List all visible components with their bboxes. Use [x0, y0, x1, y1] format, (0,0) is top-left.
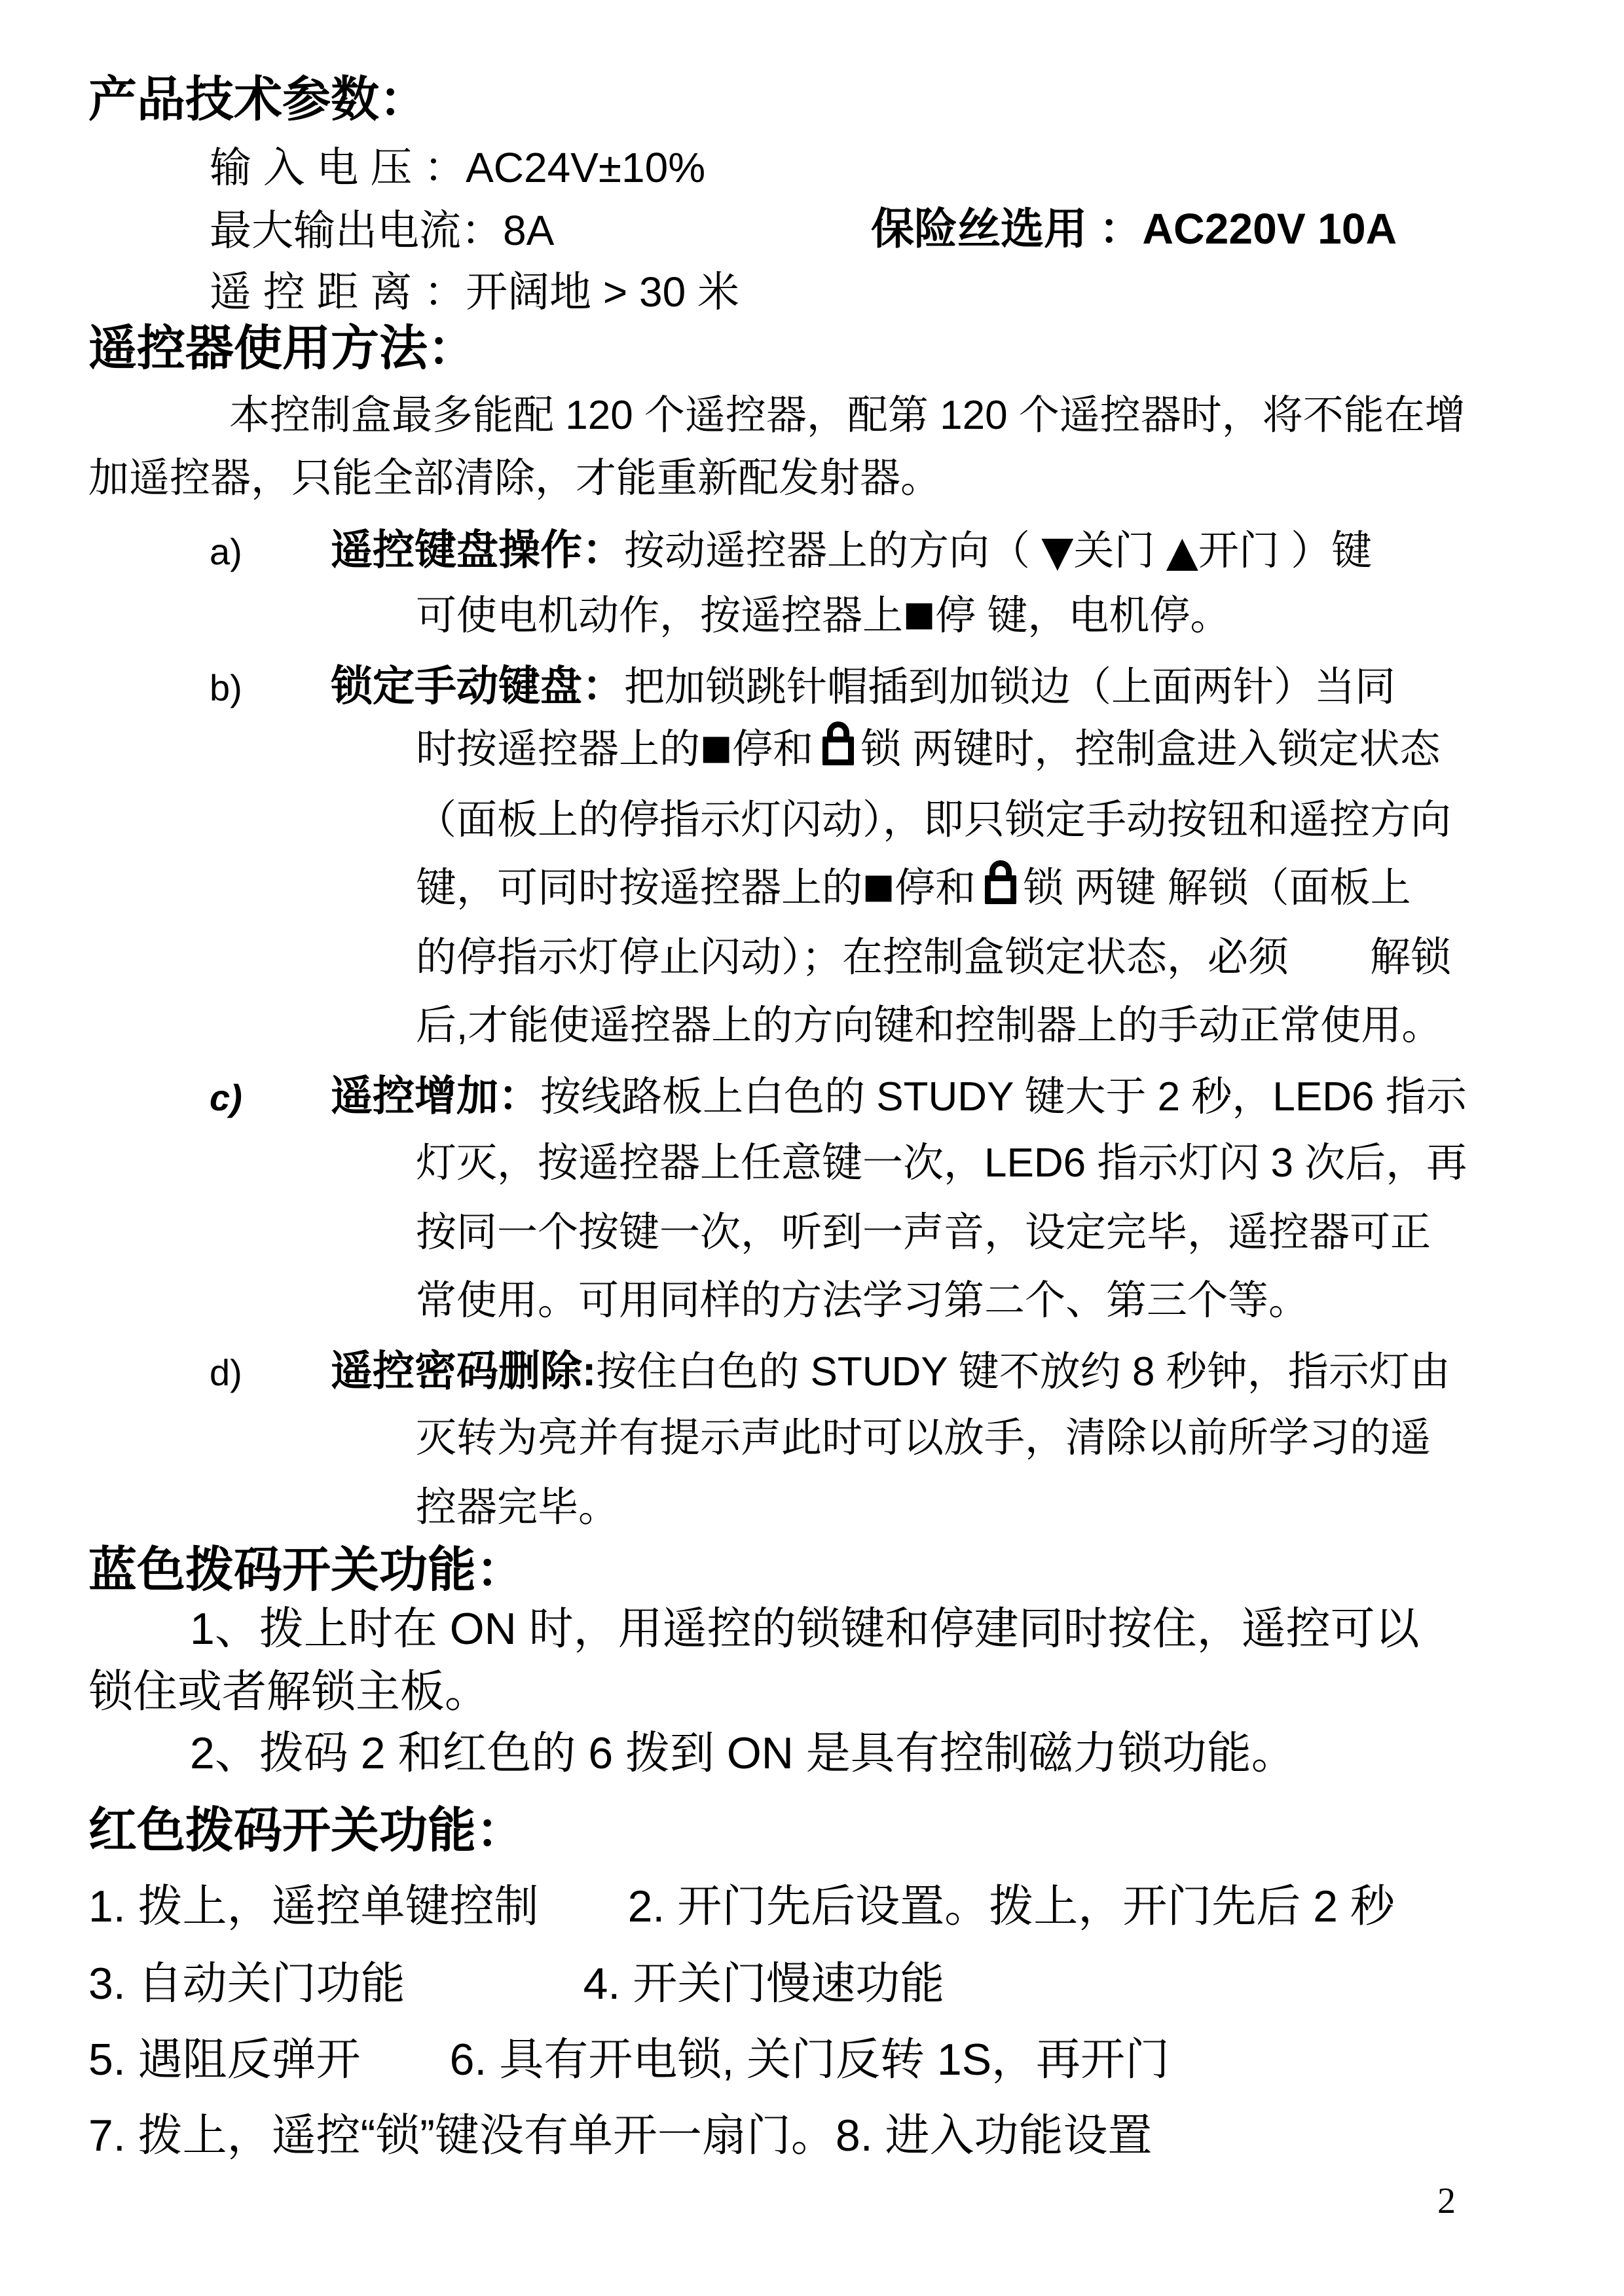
item-c-line4: 常使用。可用同样的方法学习第二个、第三个等。: [416, 1279, 1309, 1323]
open-door-icon: ▲: [1166, 528, 1198, 576]
item-b-text-3: 停和: [732, 727, 813, 772]
tech-params-heading: 产品技术参数：: [88, 73, 428, 126]
item-d-line2: 灭转为亮并有提示声此时可以放手，清除以前所学习的遥: [416, 1417, 1431, 1461]
item-b-line4: 键，可同时按遥控器上的■停和锁 两键 解锁（面板上: [416, 867, 1411, 911]
item-b-text-5: 键，可同时按遥控器上的: [416, 866, 862, 911]
item-c-label: c): [210, 1078, 331, 1118]
item-d-line1: d)遥控密码删除:按住白色的 STUDY 键不放约 8 秒钟，指示灯由: [210, 1349, 1450, 1394]
item-c-line3: 按同一个按键一次，听到一声音，设定完毕，遥控器可正: [416, 1211, 1431, 1255]
item-a-line2: 可使电机动作，按遥控器上■停 键，电机停。: [416, 594, 1230, 638]
spec-max-output-current: 最大输出电流：8A: [210, 208, 554, 253]
remote-usage-intro-line2: 加遥控器，只能全部清除，才能重新配发射器。: [88, 457, 941, 501]
item-a-text-5: 停 键，电机停。: [935, 593, 1230, 638]
manual-page: 产品技术参数： 输 入 电 压 ：AC24V±10% 最大输出电流：8A 保险丝…: [0, 0, 1624, 2296]
spec-fuse: 保险丝选用 ：AC220V 10A: [871, 206, 1397, 252]
item-b-line5: 的停指示灯停止闪动）；在控制盒锁定状态，必须 解锁: [416, 936, 1451, 980]
item-b-line6: 后,才能使遥控器上的方向键和控制器上的手动正常使用。: [416, 1004, 1442, 1048]
item-c-title: 遥控增加：: [331, 1072, 540, 1120]
item-b-text-6: 停和: [895, 866, 976, 911]
item-b-text-1: 把加锁跳针帽插到加锁边（上面两针）当同: [624, 665, 1395, 710]
blue-dip-heading: 蓝色拨码开关功能：: [88, 1544, 525, 1596]
stop-icon: ■: [862, 867, 895, 906]
item-d-title: 遥控密码删除:: [331, 1347, 596, 1394]
item-d-text-1: 按住白色的 STUDY 键不放约 8 秒钟，指示灯由: [596, 1349, 1450, 1394]
item-b-label: b): [210, 668, 331, 708]
stop-icon: ■: [700, 728, 732, 767]
item-a-text-1: 按动遥控器上的方向（: [624, 528, 1041, 574]
red-dip-line1: 1. 拨上，遥控单键控制 2. 开门先后设置。拨上，开门先后 2 秒: [88, 1883, 1395, 1931]
lock-icon: [985, 875, 1016, 904]
item-c-line1: c)遥控增加：按线路板上白色的 STUDY 键大于 2 秒，LED6 指示: [210, 1074, 1467, 1120]
blue-dip-item1-line2: 锁住或者解锁主板。: [88, 1668, 489, 1716]
item-a-title: 遥控键盘操作：: [331, 526, 624, 574]
blue-dip-item2: 2、拨码 2 和红色的 6 拨到 ON 是具有控制磁力锁功能。: [190, 1730, 1296, 1777]
red-dip-line4: 7. 拨上，遥控“锁”键没有单开一扇门。8. 进入功能设置: [88, 2112, 1153, 2160]
red-dip-line2: 3. 自动关门功能 4. 开关门慢速功能: [88, 1960, 944, 2008]
blue-dip-item1-line1: 1、拨上时在 ON 时，用遥控的锁键和停建同时按住，遥控可以: [190, 1605, 1420, 1653]
close-door-icon: ▼: [1041, 528, 1073, 576]
remote-usage-intro-line1: 本控制盒最多能配 120 个遥控器，配第 120 个遥控器时，将不能在增: [229, 394, 1466, 438]
spec-remote-distance: 遥 控 距 离 ：开阔地 > 30 米: [210, 270, 739, 315]
item-b-text-2: 时按遥控器上的: [416, 727, 700, 772]
item-a-text-4: 可使电机动作，按遥控器上: [416, 593, 903, 638]
item-a-label: a): [210, 532, 331, 572]
spec-input-voltage: 输 入 电 压 ：AC24V±10%: [210, 145, 705, 191]
red-dip-heading: 红色拨码开关功能：: [88, 1804, 525, 1857]
stop-icon: ■: [903, 594, 935, 634]
item-a-text-2: 关门: [1073, 528, 1166, 574]
item-b-line1: b)锁定手动键盘：把加锁跳针帽插到加锁边（上面两针）当同: [210, 664, 1395, 710]
item-b-line2: 时按遥控器上的■停和锁 两键时，控制盒进入锁定状态: [416, 728, 1440, 772]
item-d-label: d): [210, 1353, 331, 1393]
item-b-text-7: 锁 两键 解锁（面板上: [1023, 866, 1411, 911]
red-dip-line3: 5. 遇阻反弹开 6. 具有开电锁, 关门反转 1S，再开门: [88, 2036, 1170, 2084]
item-a-line1: a)遥控键盘操作：按动遥控器上的方向（ ▼关门 ▲开门 ）键: [210, 528, 1372, 575]
item-b-title: 锁定手动键盘：: [331, 663, 624, 710]
remote-usage-heading: 遥控器使用方法：: [88, 322, 476, 374]
page-number: 2: [1437, 2181, 1456, 2221]
item-b-line3: （面板上的停指示灯闪动），即只锁定手动按钮和遥控方向: [416, 799, 1451, 843]
item-b-text-4: 锁 两键时，控制盒进入锁定状态: [860, 727, 1440, 772]
item-c-text-1: 按线路板上白色的 STUDY 键大于 2 秒，LED6 指示: [540, 1074, 1467, 1120]
item-c-line2: 灯灭，按遥控器上任意键一次，LED6 指示灯闪 3 次后，再: [416, 1142, 1467, 1186]
lock-icon: [822, 737, 854, 765]
item-d-line3: 控器完毕。: [416, 1486, 619, 1530]
item-a-text-3: 开门 ）键: [1198, 528, 1372, 574]
